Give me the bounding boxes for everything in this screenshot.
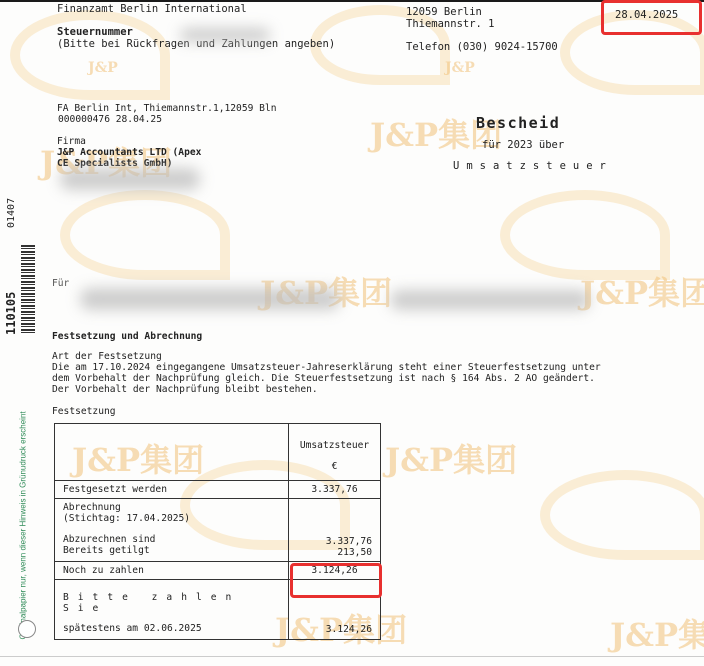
abrechnung-label: Abrechnung (63, 502, 280, 513)
watermark-shield: J&P (88, 60, 118, 76)
authority-phone: Telefon (030) 9024-15700 (406, 41, 558, 53)
barcode (21, 245, 35, 335)
getilgt-label: Bereits getilgt (63, 545, 280, 556)
noch-zu-zahlen-label: Noch zu zahlen (55, 562, 289, 580)
currency-label: € (297, 461, 372, 472)
art-text-line-3: Der Vorbehalt der Nachprüfung bleibt bes… (52, 384, 318, 395)
original-paper-hint: Originalpapier nur, wenn dieser Hinweis … (19, 410, 28, 640)
tax-type-title: Umsatzsteuer (453, 160, 613, 172)
watermark-wing (10, 10, 170, 100)
document-year: für 2023 über (482, 139, 564, 151)
authority-city: 12059 Berlin (406, 6, 482, 18)
authority-street: Thiemannstr. 1 (406, 18, 495, 30)
art-label: Art der Festsetzung (52, 351, 162, 362)
festgesetzt-value: 3.337,76 (289, 481, 381, 499)
art-text-line-2: dem Vorbehalt der Nachprüfung gleich. Di… (52, 373, 595, 384)
table-row: Festgesetzt werden 3.337,76 (55, 481, 381, 499)
watermark-wing (500, 190, 670, 280)
payment-instruction: Bitte zahlen Sie (63, 592, 280, 614)
tax-number-label: Steuernummer (57, 26, 133, 38)
festsetzung-label: Festsetzung (52, 406, 116, 417)
watermark-shield: J&P (445, 60, 475, 76)
watermark-wing (540, 470, 704, 560)
authority-name: Finanzamt Berlin International (57, 3, 247, 15)
watermark-text: J&P集团 (580, 268, 704, 314)
punch-hole (18, 620, 36, 638)
redacted-address (60, 168, 200, 190)
section-heading: Festsetzung und Abrechnung (52, 331, 202, 342)
amount-highlight-box (290, 563, 382, 598)
watermark-text: J&P集团 (385, 435, 517, 481)
table-header-row: Umsatzsteuer € (55, 424, 381, 481)
redacted-subject (80, 288, 340, 310)
festgesetzt-label: Festgesetzt werden (55, 481, 289, 499)
top-border (0, 0, 704, 2)
abzurechnen-label: Abzurechnen sind (63, 534, 280, 545)
margin-code-large: 110105 (4, 292, 18, 335)
redacted-tax-number (180, 28, 270, 42)
recipient-line-1: J&P Accountants LTD (Apex (57, 147, 201, 158)
fuer-label: Für (52, 278, 69, 289)
document-title: Bescheid (476, 114, 560, 132)
assessment-table: Umsatzsteuer € Festgesetzt werden 3.337,… (54, 423, 381, 640)
abzurechnen-value: 3.337,76 (297, 536, 372, 547)
watermark-wing (60, 190, 230, 280)
return-address: FA Berlin Int, Thiemannstr.1,12059 Bln (57, 103, 277, 114)
getilgt-value: 213,50 (297, 547, 372, 558)
page-bottom-edge (0, 656, 704, 657)
date-highlight-box (601, 0, 702, 35)
stichtag-label: (Stichtag: 17.04.2025) (63, 513, 280, 524)
art-text-line-1: Die am 17.10.2024 eingegangene Umsatzste… (52, 362, 601, 373)
recipient-type: Firma (57, 136, 86, 147)
table-row: Abrechnung (Stichtag: 17.04.2025) Abzure… (55, 499, 381, 562)
watermark-text: J&P集团 (610, 610, 704, 656)
column-header: Umsatzsteuer (297, 440, 372, 451)
reference-line: 000000476 28.04.25 (58, 114, 162, 125)
margin-code-small: 01407 (6, 198, 17, 228)
payment-deadline: spätestens am 02.06.2025 (63, 623, 280, 634)
redacted-subject-2 (390, 290, 590, 310)
